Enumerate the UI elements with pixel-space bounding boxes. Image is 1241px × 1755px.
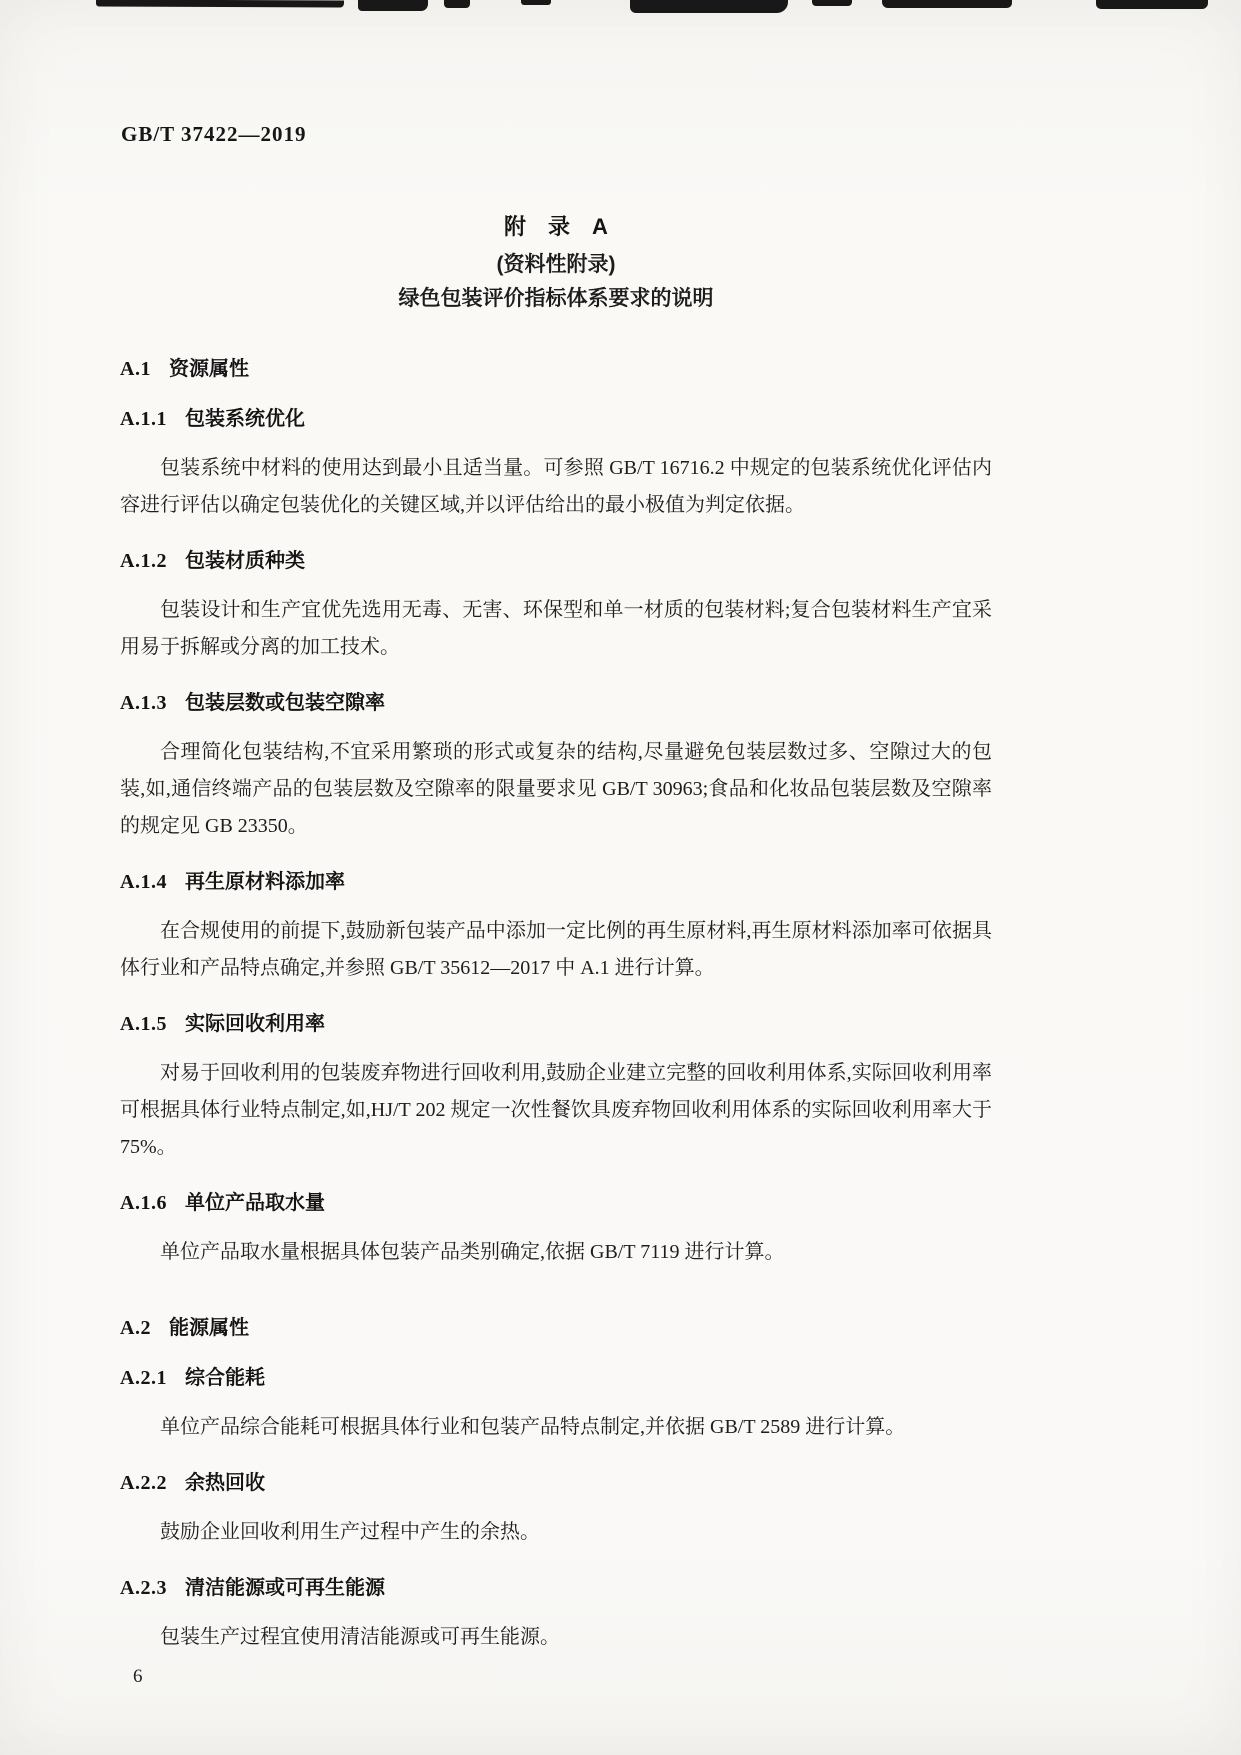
subsection-heading: A.1.1包装系统优化 [120,406,992,432]
section-number: A.2.2 [120,1472,167,1494]
section-number: A.1.6 [120,1192,167,1214]
section-title: 再生原材料添加率 [185,871,345,893]
scan-artifact [630,0,788,13]
section-title: 实际回收利用率 [185,1013,325,1035]
scan-artifact [521,0,551,5]
scan-artifact [882,0,1012,8]
page-content: 附 录 A (资料性附录) 绿色包装评价指标体系要求的说明 A.1资源属性A.1… [120,200,992,1688]
section-number: A.1.1 [120,408,167,430]
appendix-heading: 绿色包装评价指标体系要求的说明 [120,286,992,312]
scan-artifact [444,0,470,8]
scan-artifact [1096,0,1208,9]
section-title: 清洁能源或可再生能源 [185,1577,385,1599]
section-title: 单位产品取水量 [185,1192,325,1214]
body-paragraph: 单位产品综合能耗可根据具体行业和包装产品特点制定,并依据 GB/T 2589 进… [120,1409,992,1446]
section-number: A.1.2 [120,550,167,572]
standard-code: GB/T 37422—2019 [121,122,307,147]
subsection-heading: A.1.4再生原材料添加率 [120,869,992,895]
section-number: A.1 [120,358,151,380]
section-number: A.1.4 [120,871,167,893]
section-number: A.2 [120,1317,151,1339]
body-paragraph: 包装系统中材料的使用达到最小且适当量。可参照 GB/T 16716.2 中规定的… [120,450,992,524]
subsection-heading: A.2.3清洁能源或可再生能源 [120,1575,992,1601]
section-title: 综合能耗 [185,1367,265,1389]
scan-artifact [96,0,344,8]
subsection-heading: A.1.5实际回收利用率 [120,1011,992,1037]
body-paragraph: 鼓励企业回收利用生产过程中产生的余热。 [120,1514,992,1551]
section-title: 余热回收 [185,1472,265,1494]
section-title: 包装材质种类 [185,550,305,572]
body-paragraph: 合理简化包装结构,不宜采用繁琐的形式或复杂的结构,尽量避免包装层数过多、空隙过大… [120,734,992,845]
appendix-title: 附 录 A [120,214,992,240]
subsection-heading: A.1.3包装层数或包装空隙率 [120,690,992,716]
section-title: 包装系统优化 [185,408,305,430]
section-number: A.2.3 [120,1577,167,1599]
body-paragraph: 包装设计和生产宜优先选用无毒、无害、环保型和单一材质的包装材料;复合包装材料生产… [120,592,992,666]
section-number: A.2.1 [120,1367,167,1389]
section-title: 资源属性 [169,358,249,380]
document-page: GB/T 37422—2019 附 录 A (资料性附录) 绿色包装评价指标体系… [0,0,1241,1755]
section-heading: A.2能源属性 [120,1315,992,1341]
subsection-heading: A.2.1综合能耗 [120,1365,992,1391]
page-number: 6 [120,1666,992,1688]
section-number: A.1.3 [120,692,167,714]
sections-container: A.1资源属性A.1.1包装系统优化包装系统中材料的使用达到最小且适当量。可参照… [120,356,992,1656]
subsection-heading: A.1.6单位产品取水量 [120,1190,992,1216]
appendix-subtitle: (资料性附录) [120,252,992,278]
section-number: A.1.5 [120,1013,167,1035]
section-title: 包装层数或包装空隙率 [185,692,385,714]
body-paragraph: 单位产品取水量根据具体包装产品类别确定,依据 GB/T 7119 进行计算。 [120,1234,992,1271]
body-paragraph: 对易于回收利用的包装废弃物进行回收利用,鼓励企业建立完整的回收利用体系,实际回收… [120,1055,992,1166]
subsection-heading: A.2.2余热回收 [120,1470,992,1496]
subsection-heading: A.1.2包装材质种类 [120,548,992,574]
section-heading: A.1资源属性 [120,356,992,382]
section-title: 能源属性 [169,1317,249,1339]
scan-artifact [812,0,852,6]
body-paragraph: 包装生产过程宜使用清洁能源或可再生能源。 [120,1619,992,1656]
body-paragraph: 在合规使用的前提下,鼓励新包装产品中添加一定比例的再生原材料,再生原材料添加率可… [120,913,992,987]
scan-artifact [358,0,428,11]
